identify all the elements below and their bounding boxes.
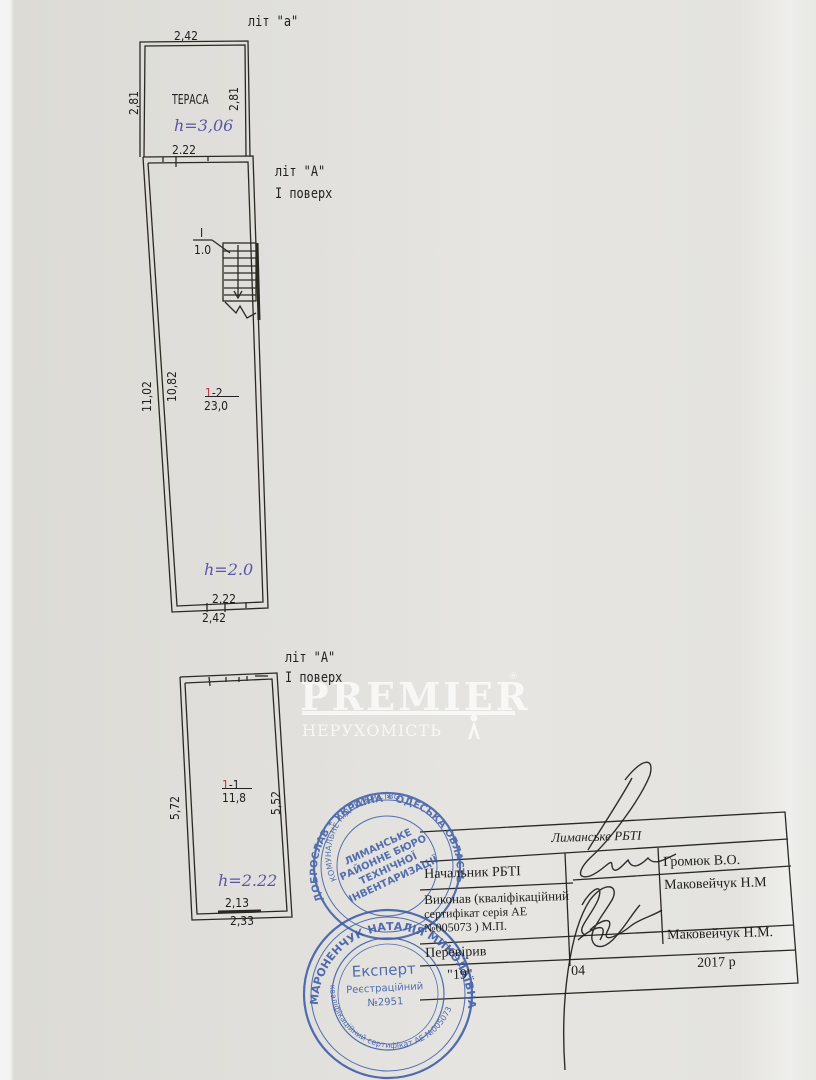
room-number: 1	[205, 386, 212, 400]
table-date-month: 04	[571, 964, 585, 980]
second-dim-bottom-inner: 2,13	[225, 897, 249, 909]
main-dim-inner-left: 10,82	[166, 371, 178, 402]
main-height-note: h=2.0	[204, 560, 253, 579]
main-dim-bottom-outer: 2,42	[202, 612, 226, 624]
key-icon	[467, 714, 481, 740]
terrace-letter-label: літ "а"	[248, 14, 298, 30]
terrace-dim-bottom: 2.22	[172, 144, 196, 156]
second-dim-right: 5,52	[270, 791, 282, 815]
second-room-area: 11,8	[222, 792, 246, 804]
table-name-executor: Маковейчук Н.М	[664, 875, 767, 894]
svg-text:№2951: №2951	[367, 996, 403, 1009]
terrace-room-name: ТЕРАСА	[172, 94, 209, 107]
main-letter-label: літ "А"	[275, 164, 325, 180]
stair-number: I	[200, 227, 203, 239]
table-role-executor-line3: №005073 ) М.П.	[424, 919, 507, 936]
terrace-dim-right: 2,81	[228, 87, 240, 111]
table-date-year: 2017 р	[697, 955, 736, 972]
second-height-note: h=2.22	[218, 871, 277, 890]
main-dim-bottom-inner: 2,22	[212, 593, 236, 605]
stair-area: 1.0	[194, 244, 211, 256]
second-letter-label: літ "А"	[285, 650, 335, 666]
second-dim-left: 5,72	[169, 796, 181, 820]
second-dim-bottom-outer: 2,33	[230, 915, 254, 927]
table-role-head: Начальник РБТІ	[424, 864, 521, 883]
second-room-index: -1	[229, 778, 240, 792]
table-name-checker: Маковейчук Н.М.	[667, 925, 773, 944]
table-name-head: Громюк В.О.	[663, 853, 740, 871]
main-dim-outer-left: 11,02	[141, 381, 153, 412]
svg-text:Експерт: Експерт	[351, 960, 416, 981]
table-role-checker: Перевірив	[425, 944, 487, 962]
main-room-area: 23,0	[204, 400, 228, 412]
svg-text:Реєстраційний: Реєстраційний	[346, 980, 424, 996]
second-room-number: 1	[222, 778, 229, 792]
floor-plan-drawing: ДОБРОСЛАВ * УКРАЇНА * ОДЕСЬКА ОБЛАСТЬ КО…	[0, 0, 816, 1080]
watermark-registered: ®	[509, 672, 518, 682]
terrace-dim-top: 2,42	[174, 30, 198, 42]
watermark-subtitle: НЕРУХОМІСТЬ	[302, 721, 442, 740]
main-floor-label: I поверх	[275, 186, 332, 202]
signature-marks	[564, 762, 676, 1070]
watermark-divider	[302, 711, 515, 715]
table-office: Лиманське РБТІ	[551, 827, 642, 846]
terrace-dim-left: 2,81	[128, 91, 140, 115]
room-index: -2	[212, 386, 223, 400]
terrace-height-note: h=3,06	[174, 116, 233, 135]
table-date-day: "19"	[447, 967, 473, 984]
